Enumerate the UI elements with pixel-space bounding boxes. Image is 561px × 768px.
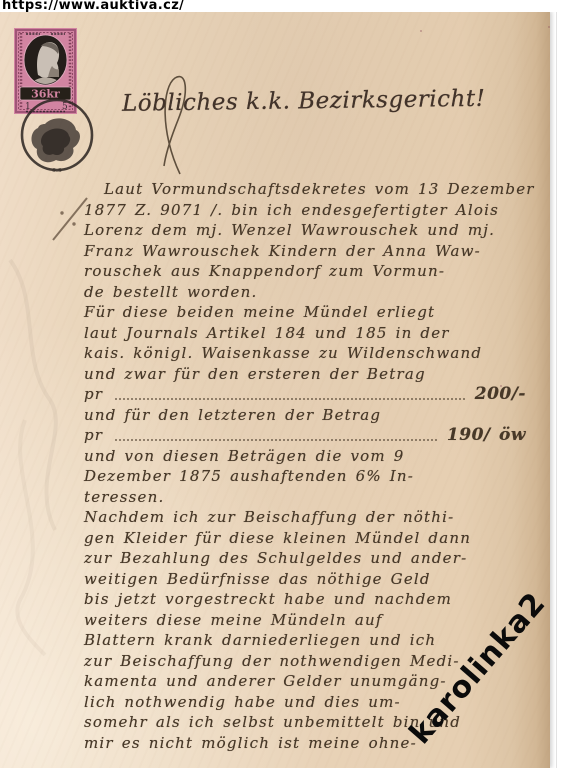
dust-speck xyxy=(420,30,422,32)
handwritten-line: de bestellt worden. xyxy=(84,282,532,303)
handwritten-line: Franz Wawrouschek Kindern der Anna Waw- xyxy=(84,241,532,262)
handwritten-line: weiters diese meine Mündeln auf xyxy=(84,610,532,631)
handwritten-line: und zwar für den ersteren der Betrag xyxy=(84,364,532,385)
handwritten-line: 1877 Z. 9071 /. bin ich endesgefertigter… xyxy=(84,200,532,221)
watermark-url: https://www.auktiva.cz/ xyxy=(2,0,184,13)
handwritten-line: Laut Vormundschaftsdekretes vom 13 Dezem… xyxy=(84,179,532,200)
handwritten-line: teressen. xyxy=(84,487,532,508)
url-watermark-bar: https://www.auktiva.cz/ xyxy=(0,0,561,12)
handwritten-line: Dezember 1875 aushaftenden 6% In- xyxy=(84,466,532,487)
amount-label: pr xyxy=(84,384,103,405)
handwritten-line: Lorenz dem mj. Wenzel Wawrouschek und mj… xyxy=(84,220,532,241)
handwritten-line: bis jetzt vorgestreckt habe und nachdem xyxy=(84,589,532,610)
dot-leader xyxy=(115,439,437,441)
handwritten-line: zur Bezahlung des Schulgeldes und ander- xyxy=(84,548,532,569)
handwritten-line: weitigen Bedürfnisse das nöthige Geld xyxy=(84,569,532,590)
scanned-document-image: https://www.auktiva.cz/ 36kr 1 xyxy=(0,0,561,768)
handwritten-line: Für diese beiden meine Mündel erliegt xyxy=(84,302,532,323)
handwritten-line: Blattern krank darniederliegen und ich xyxy=(84,630,532,651)
handwritten-line: pr190/ öw xyxy=(84,425,532,446)
handwritten-line: pr200/- xyxy=(84,384,532,405)
dust-speck xyxy=(548,26,550,28)
amount-value: 190/ öw xyxy=(447,425,532,446)
dot-leader xyxy=(115,398,465,400)
scan-edge xyxy=(556,0,557,768)
cancellation-mark: s.s xyxy=(12,86,104,182)
handwritten-line: und für den letzteren der Betrag xyxy=(84,405,532,426)
amount-value: 200/- xyxy=(475,384,532,405)
amount-label: pr xyxy=(84,425,103,446)
handwritten-line: mir es nicht möglich ist meine ohne- xyxy=(84,733,532,754)
handwritten-line: Nachdem ich zur Beischaffung der nöthi- xyxy=(84,507,532,528)
handwritten-line: und von diesen Beträgen die vom 9 xyxy=(84,446,532,467)
handwritten-line: rouschek aus Knappendorf zum Vormun- xyxy=(84,261,532,282)
handwritten-line: somehr als ich selbst unbemittelt bin un… xyxy=(84,712,532,733)
pen-flourish xyxy=(142,62,202,177)
ink-bleedthrough xyxy=(0,240,80,660)
cancellation-letters: s.s xyxy=(52,166,62,174)
handwritten-line: kais. königl. Waisenkasse zu Wildenschwa… xyxy=(84,343,532,364)
handwritten-line: laut Journals Artikel 184 und 185 in der xyxy=(84,323,532,344)
handwritten-line: gen Kleider für diese kleinen Mündel dan… xyxy=(84,528,532,549)
